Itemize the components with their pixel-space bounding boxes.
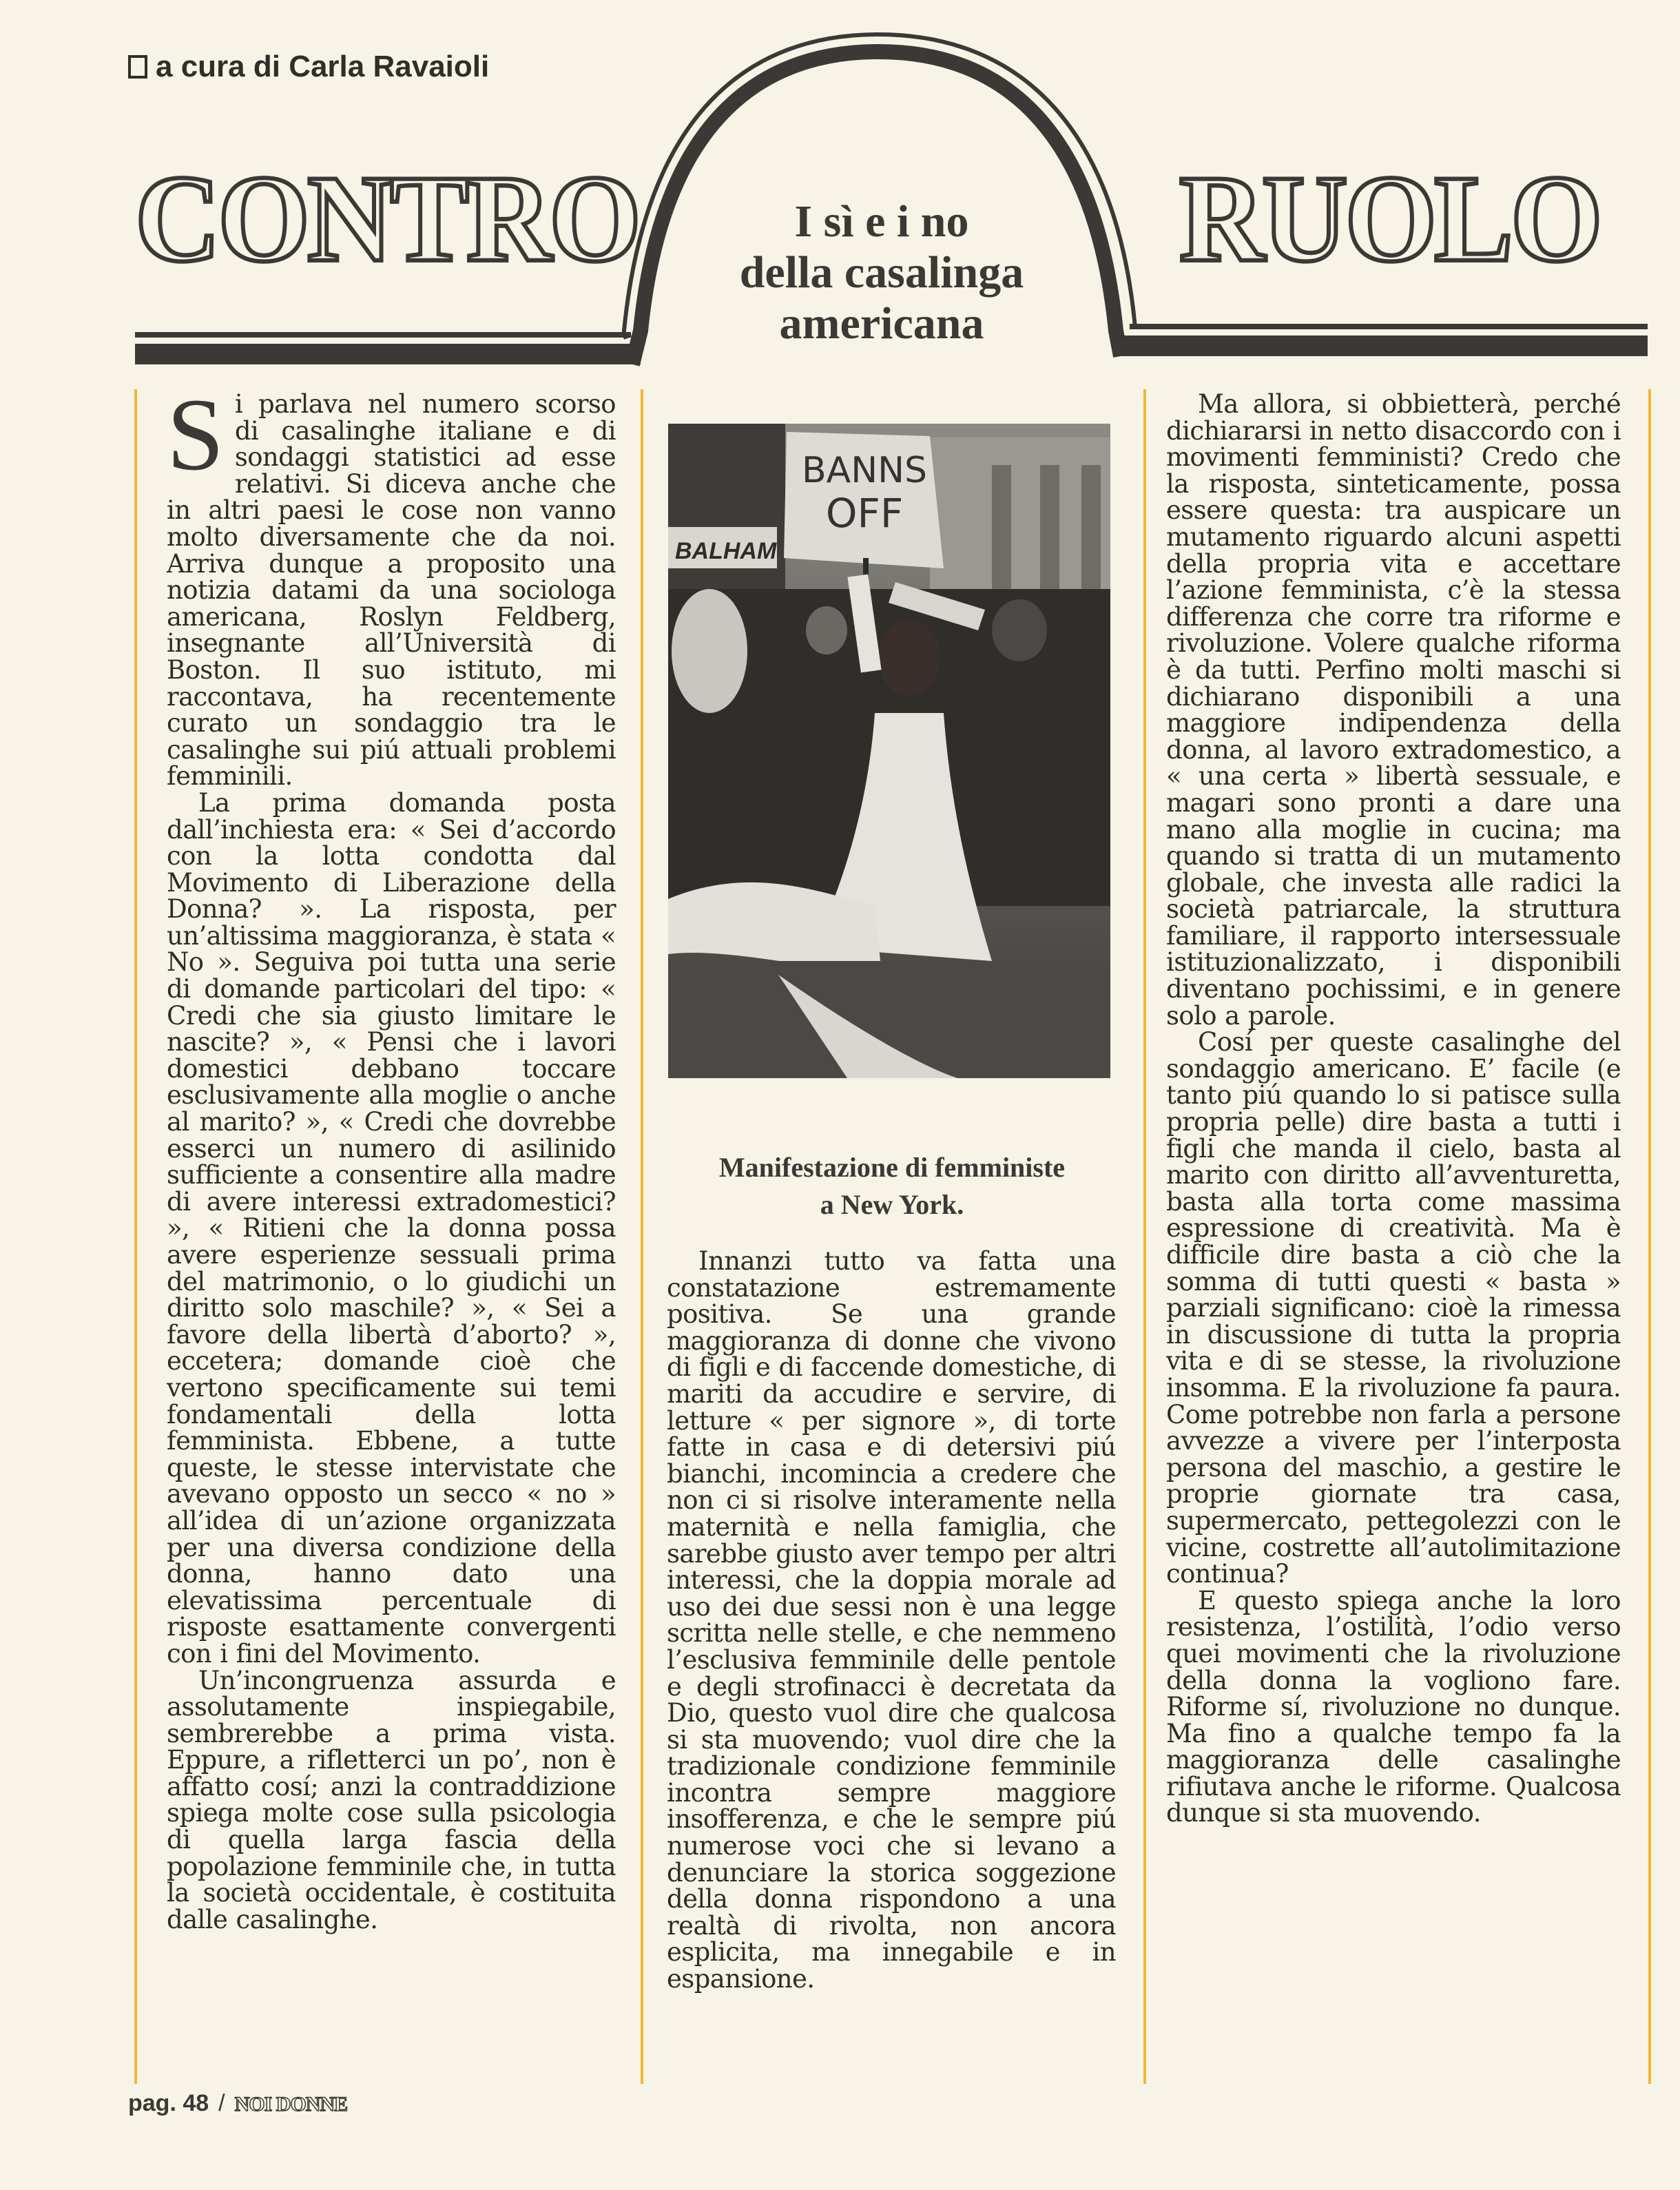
caption-line-1: Manifestazione di femministe xyxy=(672,1149,1112,1186)
column-rule-middle-right xyxy=(1143,389,1146,2084)
caption-line-2: a New York. xyxy=(672,1186,1112,1223)
column-rule-right xyxy=(1648,389,1651,2084)
title-line-3: americana xyxy=(696,298,1068,349)
page-footer: pag. 48 / NOI DONNE xyxy=(128,2090,347,2117)
title-line-1: I sì e i no xyxy=(696,196,1068,247)
paragraph: Innanzi tutto va fatta una constatazione… xyxy=(667,1248,1116,1993)
banner-text: BALHAM xyxy=(675,538,777,564)
paragraph: Ma allora, si obbietterà, perché dichiar… xyxy=(1166,391,1621,1029)
column-left: Si parlava nel numero scorso di casaling… xyxy=(167,391,616,1933)
sign-text-2: OFF xyxy=(826,490,903,537)
title-line-2: della casalinga xyxy=(696,247,1068,298)
page-number: pag. 48 xyxy=(128,2090,209,2117)
paragraph: E questo spiega anche la loro resistenza… xyxy=(1166,1588,1621,1827)
drop-cap: S xyxy=(167,394,224,475)
magazine-name: NOI DONNE xyxy=(235,2093,348,2116)
footer-separator: / xyxy=(218,2090,225,2117)
column-rule-left xyxy=(134,389,137,2084)
column-right: Ma allora, si obbietterà, perché dichiar… xyxy=(1166,391,1621,1827)
column-rule-left-middle xyxy=(641,389,643,2084)
photo-caption: Manifestazione di femministe a New York. xyxy=(672,1149,1112,1223)
article-title: I sì e i no della casalinga americana xyxy=(696,196,1068,349)
sign-text-1: BANNS xyxy=(802,450,927,491)
masthead-contro: CONTRO xyxy=(135,157,639,282)
paragraph: La prima domanda posta dall’inchiesta er… xyxy=(167,790,616,1668)
masthead-ruolo: RUOLO xyxy=(1179,157,1600,282)
paragraph: Si parlava nel numero scorso di casaling… xyxy=(167,391,616,790)
paragraph: Un’incongruenza assurda e assolutamente … xyxy=(167,1668,616,1934)
protest-photo: BALHAM BANNS OFF xyxy=(668,424,1110,1078)
column-middle: Innanzi tutto va fatta una constatazione… xyxy=(667,1248,1116,1993)
paragraph: Cosí per queste casalinghe del sondaggio… xyxy=(1166,1029,1621,1587)
